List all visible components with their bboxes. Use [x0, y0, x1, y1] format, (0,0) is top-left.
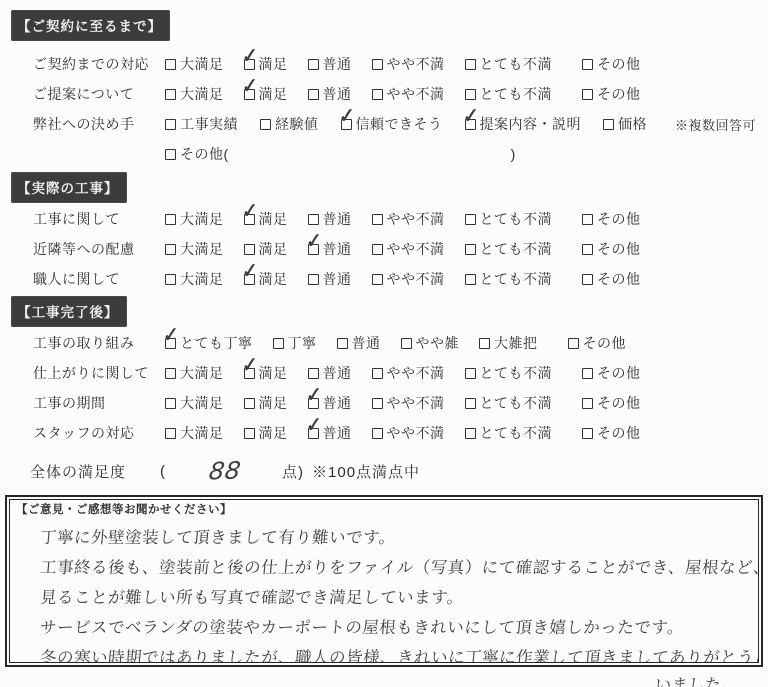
handwritten-line: 冬の寒い時期ではありましたが、職人の皆様、きれいに丁寧に作業して頂きましてありが… — [39, 643, 754, 663]
checkbox-option[interactable]: ✓工事実績 — [165, 114, 238, 134]
check-mark-icon: ✓ — [338, 104, 355, 129]
option-label: 満足 — [259, 363, 288, 383]
question-row: 工事に関して ✓大満足 ✓満足 ✓普通 ✓やや不満 ✓とても不満 ✓その他 — [0, 204, 768, 234]
option-label: 普通 — [323, 363, 352, 383]
checkbox-option[interactable]: ✓普通 — [308, 393, 352, 413]
checkbox-option[interactable]: ✓経験値 — [260, 114, 319, 134]
checkbox[interactable] — [165, 398, 176, 409]
checkbox-option[interactable]: ✓大満足 — [165, 54, 224, 74]
checkbox-option[interactable]: ✓満足 — [244, 363, 288, 383]
option-label: 満足 — [259, 393, 288, 413]
overall-score-row: 全体の満足度 ( 88 点) ※100点満点中 — [0, 454, 768, 488]
checkbox[interactable] — [582, 274, 593, 285]
checkbox[interactable] — [582, 398, 593, 409]
checkbox[interactable] — [165, 89, 176, 100]
checkbox-option[interactable]: ✓やや雑 — [401, 333, 460, 353]
option-label: 普通 — [323, 209, 352, 229]
checkbox[interactable] — [244, 398, 255, 409]
checkbox-option[interactable]: ✓その他 — [582, 54, 641, 74]
checkbox[interactable] — [337, 338, 348, 349]
checkbox[interactable] — [582, 428, 593, 439]
checkbox-option[interactable]: ✓その他 — [582, 423, 641, 443]
handwritten-line: 工事終る後も、塗装前と後の仕上がりをファイル（写真）にて確認することができ、屋根… — [39, 553, 754, 583]
question-row: 近隣等への配慮 ✓大満足 ✓満足 ✓普通 ✓やや不満 ✓とても不満 ✓その他 — [0, 234, 768, 264]
option-label: 丁寧 — [288, 333, 317, 353]
checkbox-option[interactable]: ✓大満足 — [165, 363, 224, 383]
question-label: ご契約までの対応 — [33, 54, 165, 74]
option-label: その他 — [597, 269, 641, 289]
option-label: 普通 — [323, 423, 352, 443]
question-row: 仕上がりに関して ✓大満足 ✓満足 ✓普通 ✓やや不満 ✓とても不満 ✓その他 — [0, 358, 768, 388]
checkbox-option[interactable]: ✓やや不満 — [372, 393, 445, 413]
question-label: 仕上がりに関して — [33, 363, 165, 383]
option-label: その他( — [180, 144, 229, 164]
checkbox-option[interactable]: ✓大満足 — [165, 269, 224, 289]
score-open-paren: ( — [160, 463, 166, 480]
comments-box: 【ご意見・ご感想等お聞かせください】 丁寧に外壁塗装して頂きまして有り難いです。… — [5, 495, 763, 667]
option-label: その他 — [597, 84, 641, 104]
section-header-construction: 【実際の工事】 — [11, 172, 127, 203]
checkbox[interactable] — [465, 398, 476, 409]
checkbox-option[interactable]: ✓その他 — [582, 209, 641, 229]
option-label: その他 — [597, 423, 641, 443]
option-label: 満足 — [259, 423, 288, 443]
option-label: 満足 — [259, 54, 288, 74]
checkbox-option[interactable]: ✓その他 — [582, 239, 641, 259]
option-label: 大満足 — [180, 239, 224, 259]
option-label: 大満足 — [180, 363, 224, 383]
question-row: 工事の期間 ✓大満足 ✓満足 ✓普通 ✓やや不満 ✓とても不満 ✓その他 — [0, 388, 768, 418]
checkbox-option[interactable]: ✓大満足 — [165, 239, 224, 259]
checkbox[interactable] — [582, 89, 593, 100]
option-label: その他 — [597, 363, 641, 383]
checkbox-option[interactable]: ✓大満足 — [165, 393, 224, 413]
checkbox-option[interactable]: ✓その他 — [582, 363, 641, 383]
option-label: とても不満 — [480, 54, 553, 74]
checkbox[interactable] — [568, 338, 579, 349]
multiple-answer-note: ※複数回答可 — [675, 115, 756, 134]
checkbox-option[interactable]: ✓大満足 — [165, 84, 224, 104]
checkbox[interactable] — [582, 214, 593, 225]
option-label: とても不満 — [480, 393, 553, 413]
checkbox-option[interactable]: ✓とても不満 — [465, 393, 553, 413]
option-label: とても丁寧 — [180, 333, 253, 353]
checkbox[interactable] — [165, 214, 176, 225]
checkbox[interactable] — [244, 428, 255, 439]
option-label: 工事実績 — [180, 114, 238, 134]
question-label: 工事に関して — [33, 209, 165, 229]
check-mark-icon: ✓ — [163, 323, 180, 348]
handwritten-overflow: いました。 — [0, 667, 768, 687]
option-label: やや不満 — [387, 54, 445, 74]
check-mark-icon: ✓ — [241, 259, 258, 284]
checkbox[interactable] — [465, 214, 476, 225]
checkbox-option[interactable]: ✓とても不満 — [465, 209, 553, 229]
checkbox-option[interactable]: ✓その他 — [582, 269, 641, 289]
option-label: 大満足 — [180, 209, 224, 229]
checkbox[interactable] — [465, 274, 476, 285]
checkbox[interactable] — [165, 119, 176, 130]
question-label: 弊社への決め手 — [33, 114, 165, 134]
question-row: 職人に関して ✓大満足 ✓満足 ✓普通 ✓やや不満 ✓とても不満 ✓その他 — [0, 264, 768, 294]
option-label: やや不満 — [387, 363, 445, 383]
score-label: 全体の満足度 — [30, 461, 126, 482]
option-label: 満足 — [259, 84, 288, 104]
checkbox[interactable] — [273, 338, 284, 349]
checkbox-option[interactable]: ✓やや不満 — [372, 84, 445, 104]
scanned-questionnaire: 【ご契約に至るまで】 ご契約までの対応 ✓大満足 ✓満足 ✓普通 ✓やや不満 ✓… — [0, 0, 768, 687]
checkbox-option[interactable]: ✓満足 — [244, 209, 288, 229]
option-label: 大満足 — [180, 269, 224, 289]
checkbox-option[interactable]: ✓やや不満 — [372, 239, 445, 259]
checkbox-option[interactable]: ✓やや不満 — [372, 209, 445, 229]
checkbox-option[interactable]: ✓満足 — [244, 239, 288, 259]
checkbox-option[interactable]: ✓満足 — [244, 393, 288, 413]
checkbox-option[interactable]: ✓提案内容・説明 — [465, 114, 582, 134]
question-label: スタッフの対応 — [33, 423, 165, 443]
checkbox[interactable] — [465, 244, 476, 255]
option-label: 満足 — [259, 209, 288, 229]
checkbox[interactable] — [582, 59, 593, 70]
checkbox[interactable] — [165, 59, 176, 70]
handwritten-line: サービスでベランダの塗装やカーポートの屋根もきれいにして頂き嬉しかったです。 — [39, 613, 754, 643]
checkbox[interactable] — [465, 59, 476, 70]
checkbox-option[interactable]: ✓とても丁寧 — [165, 333, 253, 353]
checkbox[interactable] — [479, 338, 490, 349]
checkbox-option[interactable]: ✓やや不満 — [372, 269, 445, 289]
option-label: やや不満 — [387, 209, 445, 229]
comments-header: 【ご意見・ご感想等お聞かせください】 — [16, 501, 752, 517]
checkbox[interactable] — [165, 149, 176, 160]
question-label: ご提案について — [33, 84, 165, 104]
checkbox-option-other[interactable]: ✓その他( — [165, 144, 229, 164]
handwritten-line: 丁寧に外壁塗装して頂きまして有り難いです。 — [39, 523, 754, 553]
check-mark-icon: ✓ — [305, 413, 322, 438]
option-label: とても不満 — [480, 269, 553, 289]
checkbox[interactable] — [582, 244, 593, 255]
option-label: やや雑 — [416, 333, 460, 353]
option-label: やや不満 — [387, 423, 445, 443]
check-mark-icon: ✓ — [241, 44, 258, 69]
option-label: 普通 — [323, 393, 352, 413]
checkbox-option[interactable]: ✓普通 — [308, 269, 352, 289]
checkbox[interactable] — [372, 89, 383, 100]
option-label: 普通 — [323, 239, 352, 259]
checkbox[interactable] — [372, 428, 383, 439]
option-label: 普通 — [352, 333, 381, 353]
checkbox-option[interactable]: ✓とても不満 — [465, 54, 553, 74]
other-close-paren: ) — [511, 146, 516, 162]
checkbox-option[interactable]: ✓普通 — [308, 423, 352, 443]
option-label: 信頼できそう — [356, 114, 443, 134]
question-label: 工事の期間 — [33, 393, 165, 413]
checkbox-option[interactable]: ✓とても不満 — [465, 423, 553, 443]
checkbox[interactable] — [165, 274, 176, 285]
checkbox-option[interactable]: ✓信頼できそう — [341, 114, 443, 134]
score-value[interactable]: 88 — [194, 456, 256, 486]
option-label: とても不満 — [480, 84, 553, 104]
score-note: ※100点満点中 — [312, 461, 420, 482]
checkbox[interactable] — [372, 244, 383, 255]
checkbox[interactable] — [372, 398, 383, 409]
checkbox[interactable] — [260, 119, 271, 130]
checkbox[interactable] — [372, 59, 383, 70]
question-row: ご契約までの対応 ✓大満足 ✓満足 ✓普通 ✓やや不満 ✓とても不満 ✓その他 — [0, 49, 768, 79]
checkbox[interactable] — [165, 368, 176, 379]
section-header-completion: 【工事完了後】 — [11, 296, 127, 327]
checkbox-option[interactable]: ✓その他 — [568, 333, 627, 353]
check-mark-icon: ✓ — [241, 199, 258, 224]
checkbox[interactable] — [401, 338, 412, 349]
checkbox[interactable] — [372, 274, 383, 285]
question-row: スタッフの対応 ✓大満足 ✓満足 ✓普通 ✓やや不満 ✓とても不満 ✓その他 — [0, 418, 768, 448]
option-label: 経験値 — [275, 114, 319, 134]
checkbox-option[interactable]: ✓大満足 — [165, 209, 224, 229]
option-label: やや不満 — [387, 269, 445, 289]
option-label: とても不満 — [480, 423, 553, 443]
option-label: 提案内容・説明 — [480, 114, 582, 134]
option-label: 価格 — [618, 114, 647, 134]
checkbox-option[interactable]: ✓普通 — [308, 54, 352, 74]
checkbox-option[interactable]: ✓普通 — [308, 84, 352, 104]
checkbox-option[interactable]: ✓やや不満 — [372, 54, 445, 74]
checkbox[interactable] — [308, 214, 319, 225]
section-header-contract: 【ご契約に至るまで】 — [11, 10, 170, 41]
question-label: 近隣等への配慮 — [33, 239, 165, 259]
question-row: ✓その他( ) — [0, 139, 768, 169]
option-label: その他 — [583, 333, 627, 353]
score-close-paren: 点) — [282, 461, 304, 482]
option-label: その他 — [597, 54, 641, 74]
comments-body: 丁寧に外壁塗装して頂きまして有り難いです。 工事終る後も、塗装前と後の仕上がりを… — [16, 517, 752, 663]
check-mark-icon: ✓ — [305, 229, 322, 254]
checkbox-option[interactable]: ✓とても不満 — [465, 363, 553, 383]
checkbox[interactable] — [465, 428, 476, 439]
option-label: その他 — [597, 209, 641, 229]
option-label: 普通 — [323, 54, 352, 74]
check-mark-icon: ✓ — [241, 353, 258, 378]
checkbox-option[interactable]: ✓普通 — [337, 333, 381, 353]
checkbox[interactable] — [308, 59, 319, 70]
question-label: 工事の取り組み — [33, 333, 165, 353]
check-mark-icon: ✓ — [462, 104, 479, 129]
checkbox-option[interactable]: ✓満足 — [244, 84, 288, 104]
checkbox-option[interactable]: ✓やや不満 — [372, 423, 445, 443]
option-label: とても不満 — [480, 209, 553, 229]
option-label: 満足 — [259, 269, 288, 289]
checkbox[interactable] — [582, 368, 593, 379]
question-row: 弊社への決め手 ✓工事実績 ✓経験値 ✓信頼できそう ✓提案内容・説明 ✓価格 … — [0, 109, 768, 139]
option-label: 普通 — [323, 84, 352, 104]
checkbox[interactable] — [372, 368, 383, 379]
checkbox[interactable] — [465, 89, 476, 100]
checkbox-option[interactable]: ✓普通 — [308, 363, 352, 383]
checkbox[interactable] — [308, 89, 319, 100]
checkbox-option[interactable]: ✓満足 — [244, 54, 288, 74]
option-label: 満足 — [259, 239, 288, 259]
checkbox[interactable] — [165, 428, 176, 439]
checkbox-option[interactable]: ✓その他 — [582, 84, 641, 104]
checkbox[interactable] — [165, 244, 176, 255]
question-row: ご提案について ✓大満足 ✓満足 ✓普通 ✓やや不満 ✓とても不満 ✓その他 — [0, 79, 768, 109]
checkbox-option[interactable]: ✓満足 — [244, 423, 288, 443]
option-label: やや不満 — [387, 84, 445, 104]
check-mark-icon: ✓ — [241, 74, 258, 99]
option-label: やや不満 — [387, 239, 445, 259]
handwritten-line: 見ることが難しい所も写真で確認でき満足しています。 — [39, 583, 754, 613]
checkbox-option[interactable]: ✓普通 — [308, 209, 352, 229]
option-label: その他 — [597, 239, 641, 259]
checkbox-option[interactable]: ✓とても不満 — [465, 239, 553, 259]
option-label: 普通 — [323, 269, 352, 289]
checkbox[interactable] — [465, 368, 476, 379]
checkbox-option[interactable]: ✓とても不満 — [465, 84, 553, 104]
checkbox-option[interactable]: ✓やや不満 — [372, 363, 445, 383]
checkbox-option[interactable]: ✓丁寧 — [273, 333, 317, 353]
check-mark-icon: ✓ — [305, 383, 322, 408]
checkbox[interactable] — [244, 244, 255, 255]
option-label: 大満足 — [180, 423, 224, 443]
checkbox[interactable] — [308, 274, 319, 285]
checkbox-option[interactable]: ✓大雑把 — [479, 333, 538, 353]
option-label: 大満足 — [180, 393, 224, 413]
option-label: やや不満 — [387, 393, 445, 413]
option-label: 大雑把 — [494, 333, 538, 353]
checkbox-option[interactable]: ✓とても不満 — [465, 269, 553, 289]
option-label: とても不満 — [480, 239, 553, 259]
question-row: 工事の取り組み ✓とても丁寧 ✓丁寧 ✓普通 ✓やや雑 ✓大雑把 ✓その他 — [0, 328, 768, 358]
checkbox[interactable] — [372, 214, 383, 225]
checkbox-option[interactable]: ✓普通 — [308, 239, 352, 259]
checkbox[interactable] — [603, 119, 614, 130]
option-label: その他 — [597, 393, 641, 413]
checkbox-option[interactable]: ✓大満足 — [165, 423, 224, 443]
checkbox-option[interactable]: ✓価格 — [603, 114, 647, 134]
checkbox-option[interactable]: ✓その他 — [582, 393, 641, 413]
option-label: 大満足 — [180, 54, 224, 74]
question-label: 職人に関して — [33, 269, 165, 289]
option-label: 大満足 — [180, 84, 224, 104]
checkbox-option[interactable]: ✓満足 — [244, 269, 288, 289]
option-label: とても不満 — [480, 363, 553, 383]
checkbox[interactable] — [308, 368, 319, 379]
